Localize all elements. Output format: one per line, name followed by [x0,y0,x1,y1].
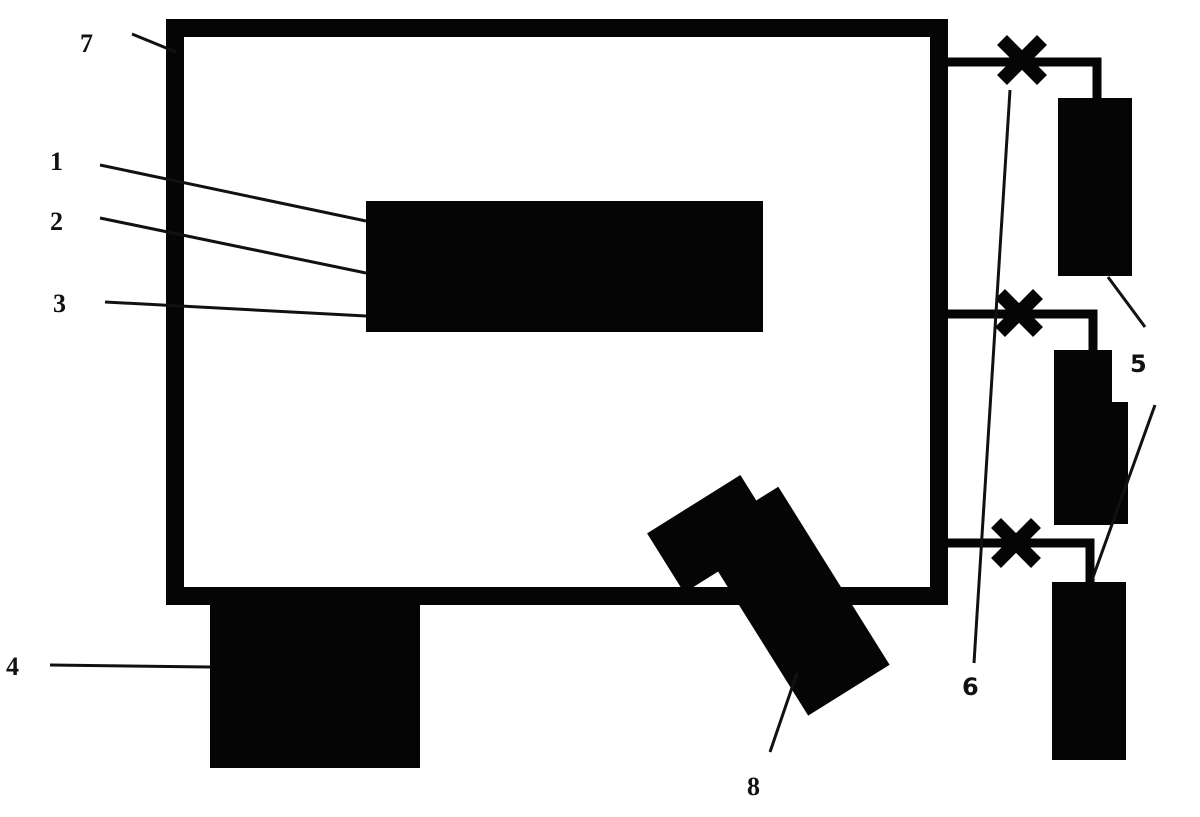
gas-cylinder-3 [1052,582,1126,760]
label-1: 1 [50,147,63,176]
leader-3 [105,302,366,316]
leader-2 [100,218,366,273]
gas-line-2 [940,294,1093,350]
leader-8 [770,673,797,752]
label-2: 2 [50,207,63,236]
label-3: 3 [53,289,66,318]
label-7: 7 [80,29,93,58]
gas-line-3 [940,523,1090,585]
label-6: 6 [962,673,979,701]
gas-cylinder-2 [1054,350,1128,525]
label-8: 8 [747,772,760,801]
gas-cylinder-1 [1058,98,1132,276]
base-unit [210,604,420,768]
label-5: 5 [1130,350,1147,378]
sample-block [366,201,763,332]
leader-5a [1108,277,1145,327]
leader-6 [974,90,1010,663]
schematic-diagram: 7 1 2 3 4 8 6 5 [0,0,1200,817]
gas-line-1 [940,40,1097,100]
leader-1 [100,165,366,221]
leader-4 [50,665,210,667]
label-4: 4 [6,652,19,681]
